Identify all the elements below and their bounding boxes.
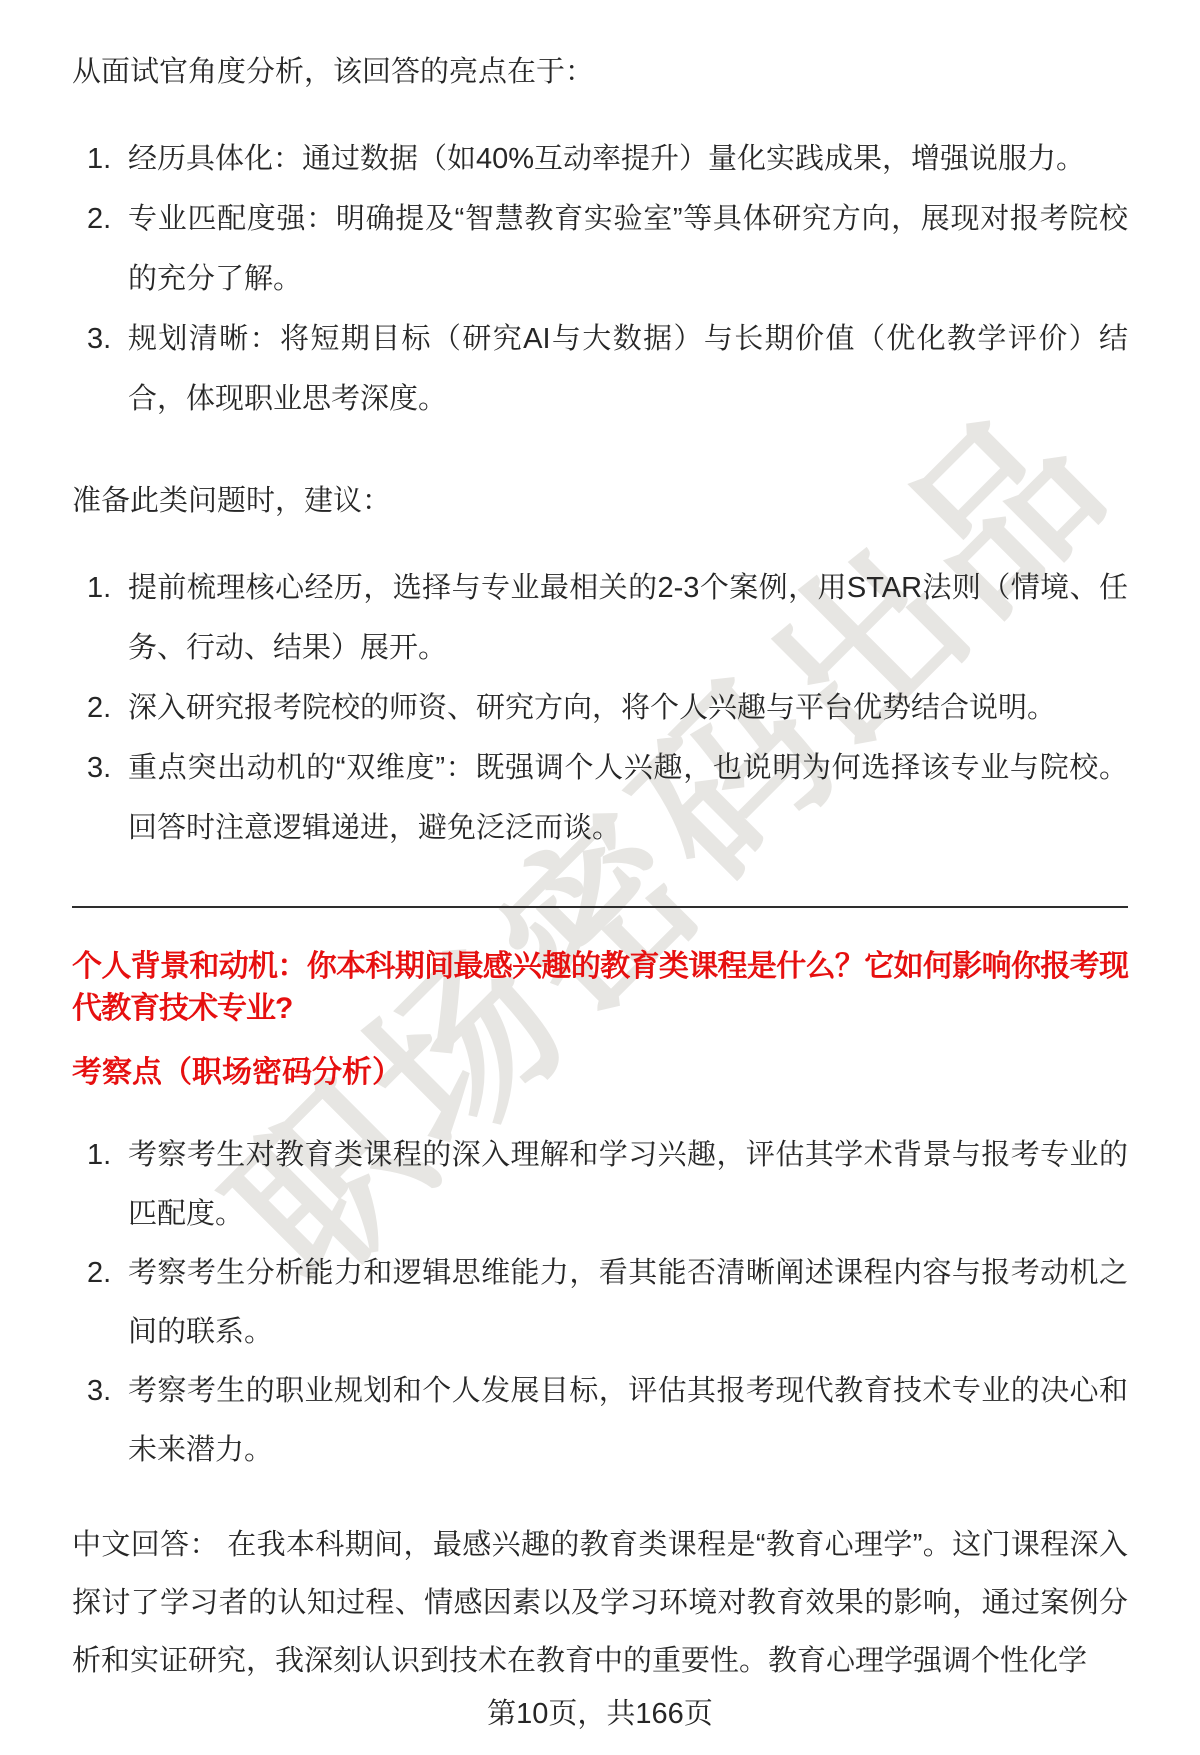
- page-content: 从面试官角度分析，该回答的亮点在于： 1. 经历具体化：通过数据（如40%互动率…: [0, 44, 1200, 1690]
- page-footer: 第10页，共166页: [0, 1686, 1200, 1743]
- list-item: 3. 规划清晰：将短期目标（研究AI与大数据）与长期价值（优化教学评价）结合，体…: [72, 309, 1128, 429]
- list-item: 2. 专业匹配度强：明确提及“智慧教育实验室”等具体研究方向，展现对报考院校的充…: [72, 189, 1128, 309]
- item-text: 深入研究报考院校的师资、研究方向，将个人兴趣与平台优势结合说明。: [128, 692, 1056, 724]
- item-number: 1.: [87, 558, 111, 618]
- list-item: 3. 考察考生的职业规划和个人发展目标，评估其报考现代教育技术专业的决心和未来潜…: [72, 1362, 1128, 1480]
- advice-list: 1. 提前梳理核心经历，选择与专业最相关的2-3个案例，用STAR法则（情境、任…: [72, 558, 1128, 858]
- item-number: 2.: [87, 189, 111, 249]
- page-number-text: 第10页，共166页: [487, 1698, 713, 1730]
- item-text: 考察考生的职业规划和个人发展目标，评估其报考现代教育技术专业的决心和未来潜力。: [128, 1375, 1128, 1466]
- item-number: 2.: [87, 1244, 111, 1303]
- list-item: 2. 深入研究报考院校的师资、研究方向，将个人兴趣与平台优势结合说明。: [72, 678, 1128, 738]
- item-text: 考察考生对教育类课程的深入理解和学习兴趣，评估其学术背景与报考专业的匹配度。: [128, 1139, 1128, 1230]
- exam-points-list: 1. 考察考生对教育类课程的深入理解和学习兴趣，评估其学术背景与报考专业的匹配度…: [72, 1126, 1128, 1480]
- item-text: 重点突出动机的“双维度”：既强调个人兴趣，也说明为何选择该专业与院校。回答时注意…: [128, 752, 1128, 844]
- item-text: 专业匹配度强：明确提及“智慧教育实验室”等具体研究方向，展现对报考院校的充分了解…: [128, 203, 1128, 295]
- section-divider: [72, 906, 1128, 908]
- item-number: 3.: [87, 309, 111, 369]
- item-number: 1.: [87, 1126, 111, 1185]
- list-item: 1. 提前梳理核心经历，选择与专业最相关的2-3个案例，用STAR法则（情境、任…: [72, 558, 1128, 678]
- item-text: 经历具体化：通过数据（如40%互动率提升）量化实践成果，增强说服力。: [128, 143, 1085, 175]
- list-item: 1. 经历具体化：通过数据（如40%互动率提升）量化实践成果，增强说服力。: [72, 129, 1128, 189]
- highlights-list: 1. 经历具体化：通过数据（如40%互动率提升）量化实践成果，增强说服力。 2.…: [72, 129, 1128, 429]
- list-item: 3. 重点突出动机的“双维度”：既强调个人兴趣，也说明为何选择该专业与院校。回答…: [72, 738, 1128, 858]
- item-text: 提前梳理核心经历，选择与专业最相关的2-3个案例，用STAR法则（情境、任务、行…: [128, 572, 1128, 664]
- question-heading: 个人背景和动机：你本科期间最感兴趣的教育类课程是什么？它如何影响你报考现代教育技…: [72, 946, 1128, 1030]
- item-text: 考察考生分析能力和逻辑思维能力，看其能否清晰阐述课程内容与报考动机之间的联系。: [128, 1257, 1128, 1348]
- analysis-lead-paragraph: 从面试官角度分析，该回答的亮点在于：: [72, 44, 1128, 101]
- exam-points-heading: 考察点（职场密码分析）: [72, 1052, 1128, 1094]
- document-page: 职场密码出品 从面试官角度分析，该回答的亮点在于： 1. 经历具体化：通过数据（…: [0, 0, 1200, 1755]
- list-item: 2. 考察考生分析能力和逻辑思维能力，看其能否清晰阐述课程内容与报考动机之间的联…: [72, 1244, 1128, 1362]
- item-number: 1.: [87, 129, 111, 189]
- advice-lead-paragraph: 准备此类问题时，建议：: [72, 473, 1128, 530]
- answer-paragraph: 中文回答： 在我本科期间，最感兴趣的教育类课程是“教育心理学”。这门课程深入探讨…: [72, 1516, 1128, 1690]
- item-number: 2.: [87, 678, 111, 738]
- item-number: 3.: [87, 738, 111, 798]
- item-text: 规划清晰：将短期目标（研究AI与大数据）与长期价值（优化教学评价）结合，体现职业…: [128, 323, 1128, 415]
- list-item: 1. 考察考生对教育类课程的深入理解和学习兴趣，评估其学术背景与报考专业的匹配度…: [72, 1126, 1128, 1244]
- item-number: 3.: [87, 1362, 111, 1421]
